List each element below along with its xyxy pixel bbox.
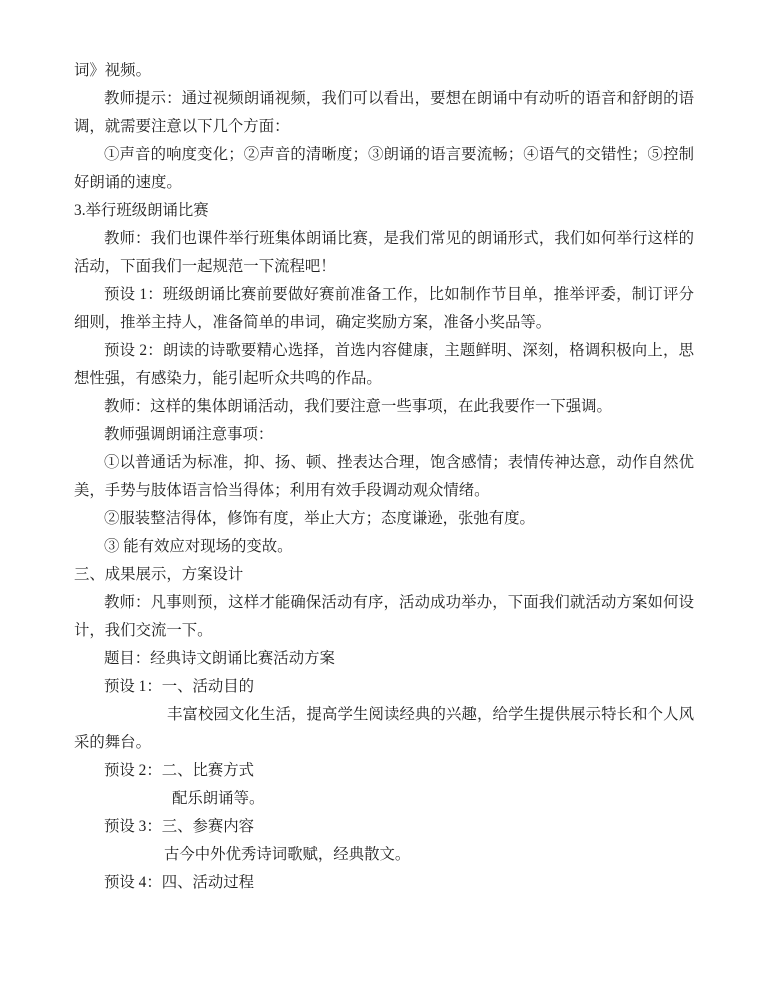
text-line: 预设 2：朗读的诗歌要精心选择，首选内容健康，主题鲜明、深刻，格调积极向上，思	[74, 337, 694, 365]
text-line: 计，我们交流一下。	[74, 617, 694, 645]
text-line: 配乐朗诵等。	[74, 785, 694, 813]
text-line: 教师：凡事则预，这样才能确保活动有序，活动成功举办，下面我们就活动方案如何设	[74, 589, 694, 617]
text-line: 教师提示：通过视频朗诵视频，我们可以看出，要想在朗诵中有动听的语音和舒朗的语	[74, 85, 694, 113]
text-line: 采的舞台。	[74, 729, 694, 757]
text-line: 3.举行班级朗诵比赛	[74, 197, 694, 225]
text-line: 预设 3：三、参赛内容	[74, 813, 694, 841]
text-line: 预设 1：一、活动目的	[74, 673, 694, 701]
text-line: 活动，下面我们一起规范一下流程吧！	[74, 253, 694, 281]
text-line: 细则，推举主持人，准备简单的串词，确定奖励方案，准备小奖品等。	[74, 309, 694, 337]
text-line: 三、成果展示，方案设计	[74, 561, 694, 589]
text-line: 调，就需要注意以下几个方面：	[74, 113, 694, 141]
text-line: 教师强调朗诵注意事项：	[74, 421, 694, 449]
text-line: 美，手势与肢体语言恰当得体；利用有效手段调动观众情绪。	[74, 477, 694, 505]
text-line: 想性强，有感染力，能引起听众共鸣的作品。	[74, 365, 694, 393]
text-line: 预设 4：四、活动过程	[74, 869, 694, 897]
text-line: 预设 2：二、比赛方式	[74, 757, 694, 785]
text-line: ②服装整洁得体，修饰有度，举止大方；态度谦逊，张弛有度。	[74, 505, 694, 533]
text-line: 教师：这样的集体朗诵活动，我们要注意一些事项，在此我要作一下强调。	[74, 393, 694, 421]
text-line: ①声音的响度变化；②声音的清晰度；③朗诵的语言要流畅；④语气的交错性；⑤控制	[74, 141, 694, 169]
text-line: 题目：经典诗文朗诵比赛活动方案	[74, 645, 694, 673]
text-line: 古今中外优秀诗词歌赋，经典散文。	[74, 841, 694, 869]
text-line: 词》视频。	[74, 57, 694, 85]
text-line: 丰富校园文化生活，提高学生阅读经典的兴趣，给学生提供展示特长和个人风	[74, 701, 694, 729]
text-line: ③ 能有效应对现场的变故。	[74, 533, 694, 561]
text-line: 教师：我们也课件举行班集体朗诵比赛，是我们常见的朗诵形式，我们如何举行这样的	[74, 225, 694, 253]
text-line: 好朗诵的速度。	[74, 169, 694, 197]
document-page: 词》视频。教师提示：通过视频朗诵视频，我们可以看出，要想在朗诵中有动听的语音和舒…	[0, 0, 770, 1000]
text-line: ①以普通话为标准，抑、扬、顿、挫表达合理，饱含感情；表情传神达意，动作自然优	[74, 449, 694, 477]
text-line: 预设 1：班级朗诵比赛前要做好赛前准备工作，比如制作节目单，推举评委，制订评分	[74, 281, 694, 309]
document-text-body: 词》视频。教师提示：通过视频朗诵视频，我们可以看出，要想在朗诵中有动听的语音和舒…	[74, 57, 694, 897]
